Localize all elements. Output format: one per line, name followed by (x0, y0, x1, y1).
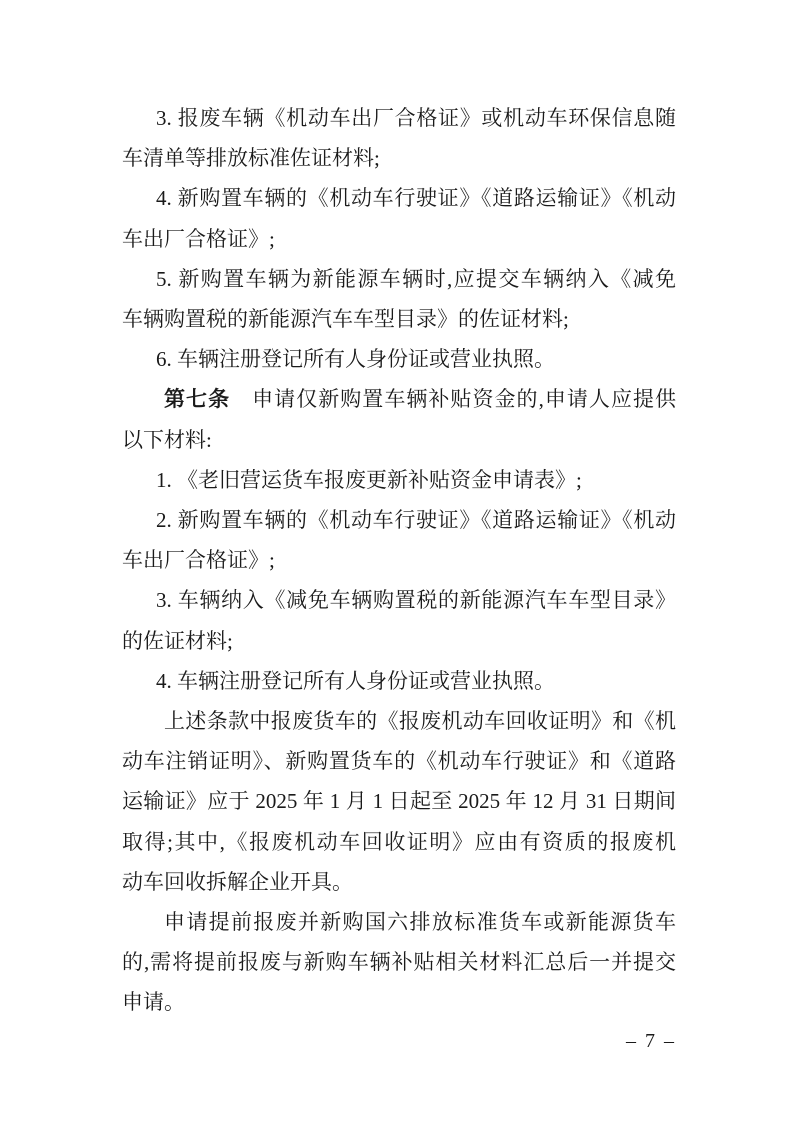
text-line: 运输证》应于 2025 年 1 月 1 日起至 2025 年 12 月 31 日… (122, 781, 676, 821)
text-line: 4. 车辆注册登记所有人身份证或营业执照。 (122, 661, 676, 701)
text-line: 第七条 申请仅新购置车辆补贴资金的,申请人应提供 (122, 379, 676, 419)
page-number: – 7 – (626, 1030, 676, 1053)
text-line: 1. 《老旧营运货车报废更新补贴资金申请表》; (122, 460, 676, 500)
text-line: 以下材料: (122, 420, 676, 460)
text-line: 动车回收拆解企业开具。 (122, 862, 676, 902)
text-line: 取得;其中,《报废机动车回收证明》应由有资质的报废机 (122, 822, 676, 862)
document-body: 3. 报废车辆《机动车出厂合格证》或机动车环保信息随车清单等排放标准佐证材料;4… (122, 98, 676, 1023)
text-line: 车出厂合格证》; (122, 219, 676, 259)
text-line: 6. 车辆注册登记所有人身份证或营业执照。 (122, 339, 676, 379)
text-line: 车清单等排放标准佐证材料; (122, 138, 676, 178)
text-line: 3. 车辆纳入《减免车辆购置税的新能源汽车车型目录》 (122, 580, 676, 620)
text-line: 车出厂合格证》; (122, 540, 676, 580)
text-line: 动车注销证明》、新购置货车的《机动车行驶证》和《道路 (122, 741, 676, 781)
text-line: 申请。 (122, 982, 676, 1022)
text-line: 4. 新购置车辆的《机动车行驶证》《道路运输证》《机动 (122, 178, 676, 218)
text-line: 车辆购置税的新能源汽车车型目录》的佐证材料; (122, 299, 676, 339)
text-line: 的佐证材料; (122, 621, 676, 661)
text-line: 5. 新购置车辆为新能源车辆时,应提交车辆纳入《减免 (122, 259, 676, 299)
text-line: 2. 新购置车辆的《机动车行驶证》《道路运输证》《机动 (122, 500, 676, 540)
document-page: 3. 报废车辆《机动车出厂合格证》或机动车环保信息随车清单等排放标准佐证材料;4… (0, 0, 793, 1122)
article-number-label: 第七条 (164, 387, 230, 411)
text-line: 申请提前报废并新购国六排放标准货车或新能源货车 (122, 902, 676, 942)
text-line: 上述条款中报废货车的《报废机动车回收证明》和《机 (122, 701, 676, 741)
article-text: 申请仅新购置车辆补贴资金的,申请人应提供 (230, 387, 676, 411)
text-line: 的,需将提前报废与新购车辆补贴相关材料汇总后一并提交 (122, 942, 676, 982)
text-line: 3. 报废车辆《机动车出厂合格证》或机动车环保信息随 (122, 98, 676, 138)
